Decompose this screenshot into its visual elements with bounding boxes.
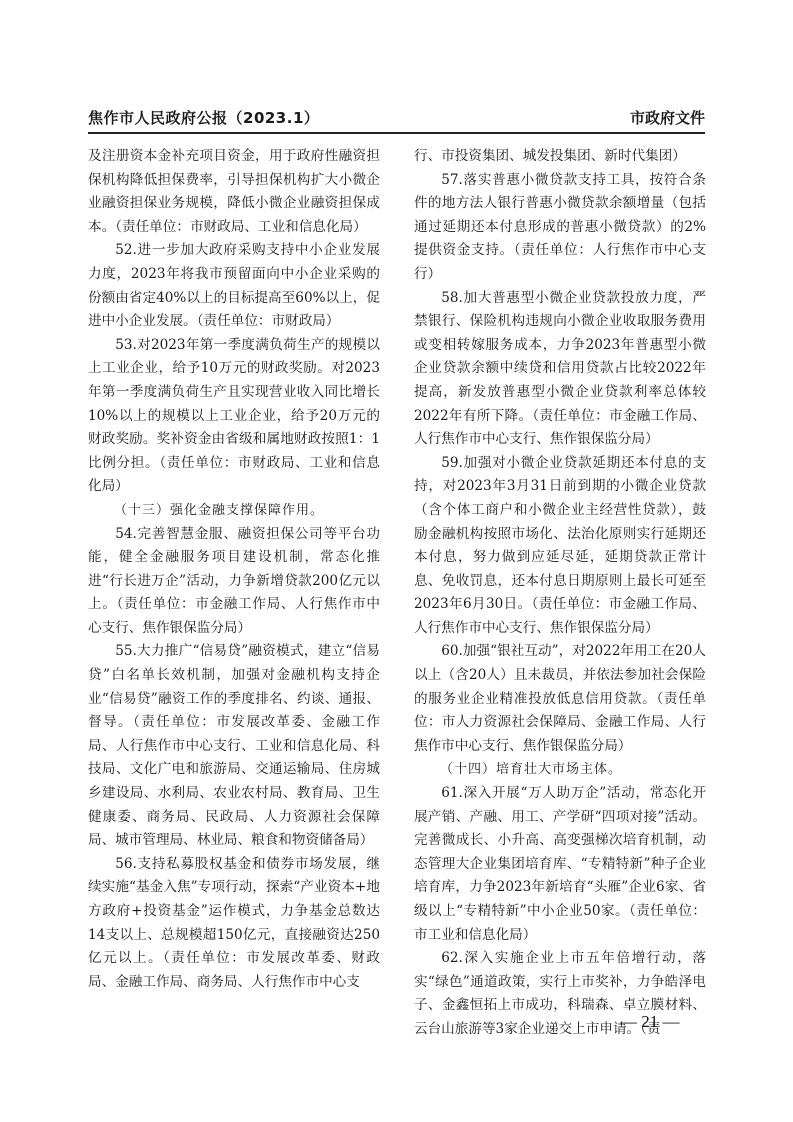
item-61: 61.深入开展“万人助万企”活动，常态化开展产销、产融、用工、产学研“四项对接”… [414,782,706,947]
item-60: 60.加强“银社互动”，对2022年用工在20人以上（含20人）且未裁员，并依法… [414,640,706,758]
section-heading-14: （十四）培育壮大市场主体。 [414,758,706,782]
item-59: 59.加强对小微企业贷款延期还本付息的支持，对2023年3月31日前到期的小微企… [414,452,706,641]
item-53: 53.对2023年第一季度满负荷生产的规模以上工业企业，给予10万元的财政奖励。… [88,334,380,499]
right-column: 行、市投资集团、城发投集团、新时代集团） 57.落实普惠小微贷款支持工具，按符合… [414,145,706,1042]
left-column: 及注册资本金补充项目资金，用于政府性融资担保机构降低担保费率，引导担保机构扩大小… [88,145,380,994]
item-55: 55.大力推广“信易贷”融资模式，建立“信易贷”白名单长效机制，加强对金融机构支… [88,640,380,852]
item-57: 57.落实普惠小微贷款支持工具，按符合条件的地方法人银行普惠小微贷款余额增量（包… [414,169,706,287]
section-heading-13: （十三）强化金融支撑保障作用。 [88,499,380,523]
journal-title: 焦作市人民政府公报（2023.1） [88,107,319,128]
page-number: — 21 — [620,1012,680,1032]
item-54: 54.完善智慧金服、融资担保公司等平台功能，健全金融服务项目建设机制，常态化推进… [88,523,380,641]
item-56: 56.支持私募股权基金和债券市场发展，继续实施“基金入焦”专项行动，探索“产业资… [88,853,380,995]
page-header: 焦作市人民政府公报（2023.1） 市政府文件 [88,108,705,134]
paragraph-continuation: 行、市投资集团、城发投集团、新时代集团） [414,145,706,169]
item-52: 52.进一步加大政府采购支持中小企业发展力度，2023年将我市预留面向中小企业采… [88,239,380,333]
item-58: 58.加大普惠型小微企业贷款投放力度，严禁银行、保险机构违规向小微企业收取服务费… [414,287,706,452]
section-label: 市政府文件 [630,107,705,128]
paragraph-continuation: 及注册资本金补充项目资金，用于政府性融资担保机构降低担保费率，引导担保机构扩大小… [88,145,380,239]
